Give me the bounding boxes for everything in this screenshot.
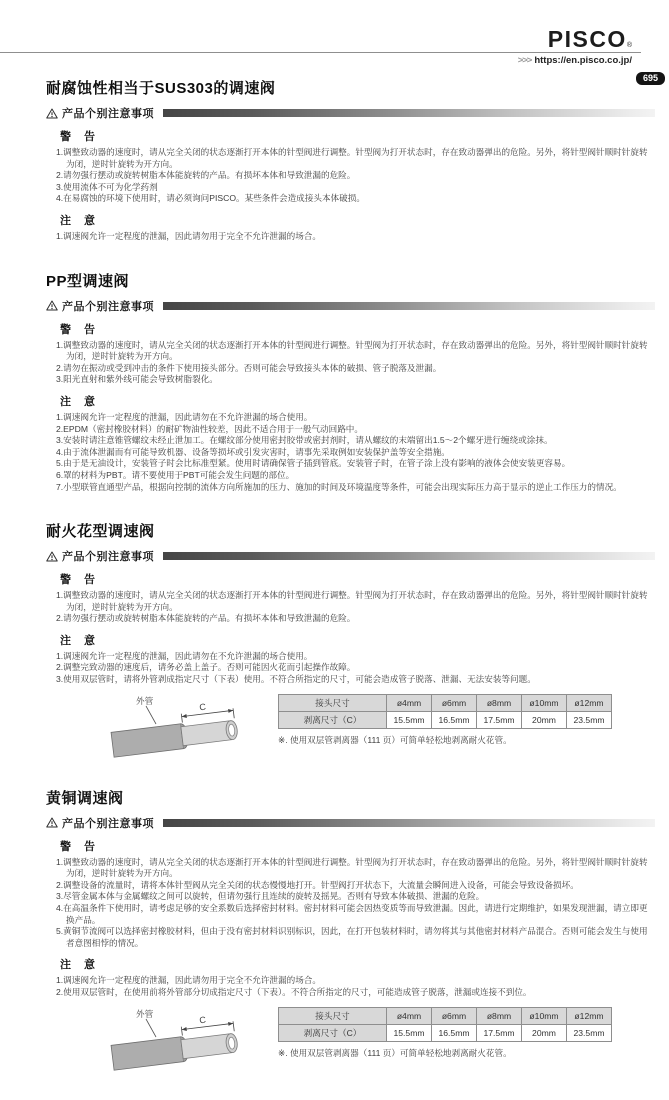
strip-table-value-cell: 23.5mm [567,711,612,728]
tube-outer-label: 外管 [136,695,154,706]
warning-item: 1.调整致动器的速度时，请从完全关闭的状态逐渐打开本体的针型阀进行调整。针型阀为… [56,147,655,170]
strip-table-header-row: 接头尺寸ø4mmø6mmø8mmø10mmø12mm [279,1007,612,1024]
strip-table-header-cell: ø10mm [522,694,567,711]
caution-item: 6.罩的材料为PBT。请不要使用于PBT可能会发生问题的部位。 [56,470,655,482]
caution-heading: 注 意 [60,212,655,228]
warning-triangle-icon [46,551,58,562]
gradient-bar [163,819,655,827]
strip-table-header-cell: ø4mm [387,694,432,711]
warning-triangle-icon [46,108,58,119]
strip-table-wrap: 接头尺寸ø4mmø6mmø8mmø10mmø12mm 剥离尺寸（C）15.5mm… [278,694,612,746]
strip-table-value-row: 剥离尺寸（C）15.5mm16.5mm17.5mm20mm23.5mm [279,1024,612,1041]
warning-heading: 警 告 [60,321,655,337]
caution-list: 1.调速阀允许一定程度的泄漏，因此请勿在不允许泄漏的场合使用。2.调整完致动器的… [56,651,655,686]
strip-table-header-cell: 接头尺寸 [279,694,387,711]
notice-header-label: 产品个别注意事项 [62,105,154,121]
registered-trademark-icon: ® [627,42,632,49]
warning-list: 1.调整致动器的速度时，请从完全关闭的状态逐渐打开本体的针型阀进行调整。针型阀为… [56,147,655,205]
page-header: PISCO® >>>https://en.pisco.co.jp/ 695 [0,0,669,67]
strip-table-header-cell: ø6mm [432,1007,477,1024]
caution-item: 3.安装时请注意锥管螺纹未经止泄加工。在螺纹部分使用密封胶带或密封剂时，请从螺纹… [56,435,655,447]
section-title: 耐腐蚀性相当于SUS303的调速阀 [46,77,655,98]
site-url: https://en.pisco.co.jp/ [534,55,632,66]
caution-list: 1.调速阀允许一定程度的泄漏，因此请勿用于完全不允许泄漏的场合。2.使用双层管时… [56,975,655,998]
warning-list: 1.调整致动器的速度时，请从完全关闭的状态逐渐打开本体的针型阀进行调整。针型阀为… [56,340,655,386]
strip-table-header-cell: 接头尺寸 [279,1007,387,1024]
product-section: 耐腐蚀性相当于SUS303的调速阀 产品个别注意事项 警 告 1.调整致动器的速… [46,77,655,243]
tube-diagram: 外管 C [110,694,250,760]
notice-header-label: 产品个别注意事项 [62,298,154,314]
strip-table-value-cell: 17.5mm [477,711,522,728]
tube-dim-label: C [199,701,207,712]
gradient-bar [163,302,655,310]
caution-item: 4.由于流体泄漏而有可能导致机器、设备等损坏或引发灾害时，请事先采取例如安装保护… [56,447,655,459]
strip-table-value-cell: 17.5mm [477,1024,522,1041]
strip-table-header-cell: ø8mm [477,694,522,711]
tube-outer-label: 外管 [136,1008,154,1019]
warning-item: 3.使用流体不可为化学药剂 [56,182,655,194]
warning-item: 2.调整设备的流量时，请将本体针型阀从完全关闭的状态慢慢地打开。针型阀打开状态下… [56,880,655,892]
strip-table-row-label: 剥离尺寸（C） [279,1024,387,1041]
product-section: 黄铜调速阀 产品个别注意事项 警 告 1.调整致动器的速度时，请从完全关闭的状态… [46,787,655,1073]
warning-heading: 警 告 [60,571,655,587]
strip-table-value-cell: 20mm [522,711,567,728]
tube-diagram: 外管 C [110,1007,250,1073]
notice-header-row: 产品个别注意事项 [46,298,655,314]
strip-table-value-row: 剥离尺寸（C）15.5mm16.5mm17.5mm20mm23.5mm [279,711,612,728]
strip-size-table: 接头尺寸ø4mmø6mmø8mmø10mmø12mm 剥离尺寸（C）15.5mm… [278,1007,612,1042]
strip-table-note: ※. 使用双层管剥离器（111 页）可简单轻松地剥离耐火花管。 [278,1047,612,1059]
caution-list: 1.调速阀允许一定程度的泄漏，因此请勿在不允许泄漏的场合使用。2.EPDM（密封… [56,412,655,493]
notice-header-label: 产品个别注意事项 [62,548,154,564]
warning-item: 2.请勿强行摆动或旋转树脂本体能旋转的产品。有损坏本体和导致泄漏的危险。 [56,613,655,625]
section-title: PP型调速阀 [46,270,655,291]
caution-item: 2.调整完致动器的速度后，请务必盖上盖子。否则可能因火花而引起操作故障。 [56,662,655,674]
warning-heading: 警 告 [60,128,655,144]
strip-table-header-cell: ø6mm [432,694,477,711]
warning-heading: 警 告 [60,838,655,854]
caution-item: 2.EPDM（密封橡胶材料）的耐矿物油性较差，因此不适合用于一般气动回路中。 [56,424,655,436]
caution-item: 1.调速阀允许一定程度的泄漏，因此请勿在不允许泄漏的场合使用。 [56,651,655,663]
figure-table-block: 外管 C 接头尺寸ø4mmø6mmø8m [110,694,655,760]
warning-triangle-icon [46,817,58,828]
product-section: 耐火花型调速阀 产品个别注意事项 警 告 1.调整致动器的速度时，请从完全关闭的… [46,520,655,760]
section-title: 黄铜调速阀 [46,787,655,808]
pisco-logo: PISCO [548,26,627,52]
warning-item: 1.调整致动器的速度时，请从完全关闭的状态逐渐打开本体的针型阀进行调整。针型阀为… [56,340,655,363]
strip-table-value-cell: 20mm [522,1024,567,1041]
strip-table-value-cell: 16.5mm [432,1024,477,1041]
strip-table-header-cell: ø8mm [477,1007,522,1024]
warning-item: 3.阳光直射和紫外线可能会导致树脂裂化。 [56,374,655,386]
caution-item: 7.小型联管直通型产品，根据向控制的流体方向所施加的压力、施加的时间及环境温度等… [56,482,655,494]
tube-dim-label: C [199,1014,207,1025]
warning-list: 1.调整致动器的速度时，请从完全关闭的状态逐渐打开本体的针型阀进行调整。针型阀为… [56,857,655,950]
strip-table-header-cell: ø12mm [567,1007,612,1024]
strip-table-header-row: 接头尺寸ø4mmø6mmø8mmø10mmø12mm [279,694,612,711]
strip-table-note: ※. 使用双层管剥离器（111 页）可简单轻松地剥离耐火花管。 [278,734,612,746]
strip-table-header-cell: ø10mm [522,1007,567,1024]
warning-list: 1.调整致动器的速度时，请从完全关闭的状态逐渐打开本体的针型阀进行调整。针型阀为… [56,590,655,625]
product-section: PP型调速阀 产品个别注意事项 警 告 1.调整致动器的速度时，请从完全关闭的状… [46,270,655,494]
catalog-page: PISCO® >>>https://en.pisco.co.jp/ 695 耐腐… [0,0,669,1100]
caution-item: 2.使用双层管时，在使用前将外管部分切成指定尺寸（下表）。不符合所指定的尺寸，可… [56,987,655,999]
caution-heading: 注 意 [60,632,655,648]
strip-table-header-cell: ø12mm [567,694,612,711]
notice-header-row: 产品个别注意事项 [46,105,655,121]
url-chevrons-icon: >>> [518,55,532,66]
warning-item: 5.黄铜节流阀可以选择密封橡胶材料，但由于没有密封材料识别标识，因此，在打开包装… [56,926,655,949]
warning-item: 2.请勿在振动或受到冲击的条件下使用接头部分。否则可能会导致接头本体的破损、管子… [56,363,655,375]
strip-table-header-cell: ø4mm [387,1007,432,1024]
warning-item: 2.请勿强行摆动或旋转树脂本体能旋转的产品。有损坏本体和导致泄漏的危险。 [56,170,655,182]
caution-item: 1.调速阀允许一定程度的泄漏，因此请勿用于完全不允许泄漏的场合。 [56,231,655,243]
url-row: >>>https://en.pisco.co.jp/ [0,53,669,67]
caution-heading: 注 意 [60,956,655,972]
logo-row: PISCO® [0,0,669,52]
strip-table-row-label: 剥离尺寸（C） [279,711,387,728]
notice-header-label: 产品个别注意事项 [62,815,154,831]
strip-table-value-cell: 15.5mm [387,1024,432,1041]
caution-item: 1.调速阀允许一定程度的泄漏，因此请勿在不允许泄漏的场合使用。 [56,412,655,424]
caution-heading: 注 意 [60,393,655,409]
notice-header-row: 产品个别注意事项 [46,815,655,831]
strip-size-table: 接头尺寸ø4mmø6mmø8mmø10mmø12mm 剥离尺寸（C）15.5mm… [278,694,612,729]
warning-item: 4.在高温条件下使用时，请考虑足够的安全系数后选择密封材料。密封材料可能会因热变… [56,903,655,926]
warning-triangle-icon [46,300,58,311]
warning-item: 3.尽管金属本体与金属螺纹之间可以旋转，但请勿强行且连续的旋转及摇晃。否则有导致… [56,891,655,903]
notice-header-row: 产品个别注意事项 [46,548,655,564]
gradient-bar [163,109,655,117]
caution-list: 1.调速阀允许一定程度的泄漏，因此请勿用于完全不允许泄漏的场合。 [56,231,655,243]
caution-item: 3.使用双层管时，请将外管剥成指定尺寸（下表）使用。不符合所指定的尺寸，可能会造… [56,674,655,686]
strip-table-wrap: 接头尺寸ø4mmø6mmø8mmø10mmø12mm 剥离尺寸（C）15.5mm… [278,1007,612,1059]
figure-table-block: 外管 C 接头尺寸ø4mmø6mmø8m [110,1007,655,1073]
strip-table-value-cell: 15.5mm [387,711,432,728]
page-number-badge: 695 [636,72,665,85]
warning-item: 4.在易腐蚀的环境下使用时，请必须询问PISCO。某些条件会造成接头本体破损。 [56,193,655,205]
gradient-bar [163,552,655,560]
caution-item: 5.由于是无油设计，安装管子时会比标准型紧。使用时请确保管子插到管底。安装管子时… [56,458,655,470]
caution-item: 1.调速阀允许一定程度的泄漏，因此请勿用于完全不允许泄漏的场合。 [56,975,655,987]
strip-table-value-cell: 16.5mm [432,711,477,728]
warning-item: 1.调整致动器的速度时，请从完全关闭的状态逐渐打开本体的针型阀进行调整。针型阀为… [56,590,655,613]
sections-container: 耐腐蚀性相当于SUS303的调速阀 产品个别注意事项 警 告 1.调整致动器的速… [0,77,669,1073]
strip-table-value-cell: 23.5mm [567,1024,612,1041]
section-title: 耐火花型调速阀 [46,520,655,541]
warning-item: 1.调整致动器的速度时，请从完全关闭的状态逐渐打开本体的针型阀进行调整。针型阀为… [56,857,655,880]
